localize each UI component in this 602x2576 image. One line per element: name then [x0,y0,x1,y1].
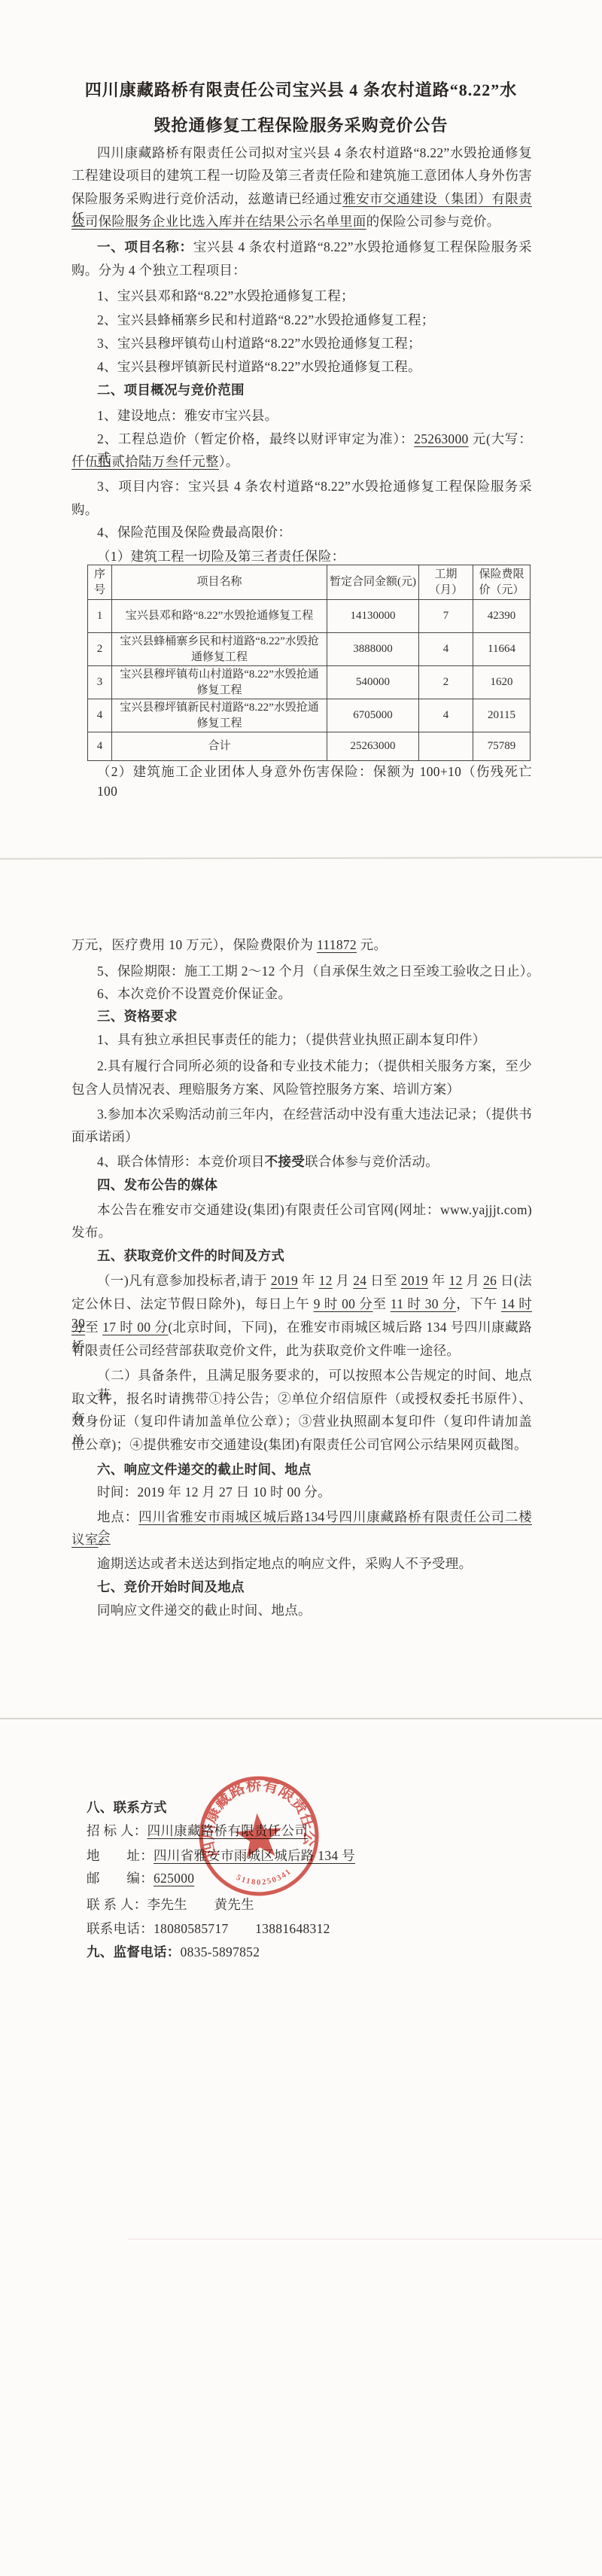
doc-line: 4、宝兴县穆坪镇新民村道路“8.22”水毁抢通修复工程。 [97,357,532,376]
doc-line: 购。 [71,500,532,519]
table-cell-duration: 2 [419,666,473,699]
underlined-text: 11 时 30 分 [391,1296,456,1311]
text: 4、保险范围及保险费最高限价： [97,525,291,540]
table-cell-premium: 11664 [473,633,531,666]
doc-line: （2）建筑施工企业团体人身意外伤害保险：保额为 100+10（伤残死亡 100 [97,762,532,781]
text: 同响应文件递交的截止时间、地点。 [97,1603,312,1618]
text: 3、宝兴县穆坪镇苟山村道路“8.22”水毁抢通修复工程； [97,336,421,351]
doc-line: 2、工程总造价（暂定价格，最终以财评审定为准）：25263000 元(大写：贰 [97,429,532,449]
underlined-text: 2019 [401,1273,428,1288]
text: 工程建设项目的建筑工程一切险及第三者责任险和建筑施工意团体人身外伤害 [71,168,532,183]
table-header-cell: 项目名称 [112,565,327,600]
table-header-cell: 序号 [88,565,112,600]
doc-line: 包含人员情况表、理赔服务方案、风险管控服务方案、培训方案） [71,1079,532,1099]
doc-line: 招 标 人：四川康藏路桥有限责任公司 [87,1821,532,1841]
doc-line: 1、具有独立承担民事责任的能力；（提供营业执照正副本复印件） [97,1030,532,1049]
text: 李先生 黄先生 [147,1897,254,1912]
table-cell-name: 宝兴县蜂桶寨乡民和村道路“8.22”水毁抢通修复工程 [112,633,327,666]
text: 宝兴县 4 条农村道路“8.22”水毁抢通修复工程保险服务采 [193,239,532,254]
doc-line: 2.具有履行合同所必须的设备和专业技术能力；（提供相关服务方案，至少 [97,1056,532,1076]
doc-line: 仟伍佰贰拾陆万叁仟元整）。 [71,452,532,471]
underlined-text: 111872 [317,937,357,952]
bold-text: 八、联系方式 [87,1800,167,1815]
table-cell-duration: 4 [419,633,473,666]
text: 3.参加本次采购活动前三年内，在经营活动中没有重大违法记录；（提供书 [97,1107,532,1122]
text: 。 [99,1532,112,1547]
text: 四川康藏路桥有限责任公司拟对宝兴县 4 条农村道路“8.22”水毁抢通修复 [97,145,532,160]
doc-line: 5、保险期限：施工工期 2～12 个月（自承保生效之日至竣工验收之日止）。 [97,961,532,981]
table-cell-name: 宝兴县邓和路“8.22”水毁抢通修复工程 [112,600,327,633]
text: 年 [298,1273,319,1288]
doc-line: 议室。 [71,1530,532,1549]
doc-line: 地 址：四川省雅安市雨城区城后路 134 号 [87,1846,532,1865]
bold-text: 七、竞价开始时间及地点 [97,1579,245,1594]
text: 面承诺函） [71,1129,138,1144]
text: 6、本次竞价不设置竞价保证金。 [97,986,291,1001]
doc-line: 六、响应文件递交的截止时间、地点 [97,1460,532,1479]
insurance-price-table: 序号项目名称暂定合同金额(元)工期（月）保险费限价（元） 1宝兴县邓和路“8.2… [87,565,531,761]
text: 1、宝兴县邓和路“8.22”水毁抢通修复工程； [97,288,354,303]
text: 地 址： [87,1848,154,1863]
doc-line: 八、联系方式 [87,1798,532,1817]
text: 本公告在雅安市交通建设(集团)有限责任公司官网(网址：www.yajjjt.co… [97,1202,532,1217]
page-break-line-3 [128,2239,602,2240]
underlined-text: 公司保险服务企业比选入库并在结果公示名单里面 [71,214,366,229]
table-total-row: 4合计2526300075789 [88,732,531,761]
doc-line: 1、宝兴县邓和路“8.22”水毁抢通修复工程； [97,286,532,306]
table-cell-premium: 20115 [473,699,531,732]
underlined-text: 9 时 00 分 [314,1296,373,1311]
bold-text: 六、响应文件递交的截止时间、地点 [97,1462,312,1477]
text: 至 [85,1320,102,1335]
text: 元。 [357,937,387,952]
bold-text: 九、监督电话： [87,1944,181,1959]
doc-line: （1）建筑工程一切险及第三者责任保险： [97,547,532,566]
text: 保险服务采购进行竞价活动，兹邀请已经通过 [71,191,342,206]
scanned-announcement-page: 四川康藏路桥有限责任公司宝兴县 4 条农村道路“8.22”水 毁抢通修复工程保险… [0,0,602,2576]
doc-line: 邮 编：625000 [87,1868,532,1888]
text: 3、项目内容：宝兴县 4 条农村道路“8.22”水毁抢通修复工程保险服务采 [97,479,532,494]
doc-line: 定公休日、法定节假日除外)，每日上午 9 时 00 分至 11 时 30 分，下… [71,1294,532,1314]
underlined-text: 2019 [271,1273,298,1288]
doc-line: 4、联合体情形：本竞价项目不接受联合体参与竞价活动。 [97,1152,532,1171]
table-cell-amount: 6705000 [327,699,419,732]
table-cell-no: 3 [88,666,112,699]
underlined-text: 议室 [71,1532,99,1547]
table-cell-amount: 25263000 [327,732,419,761]
underlined-text: 25263000 [414,431,468,446]
doc-line: 一、项目名称：宝兴县 4 条农村道路“8.22”水毁抢通修复工程保险服务采 [97,237,532,257]
underlined-text: 17 时 00 分 [102,1320,168,1335]
text: 2.具有履行合同所必须的设备和专业技术能力；（提供相关服务方案，至少 [97,1058,532,1073]
page-title-line1: 四川康藏路桥有限责任公司宝兴县 4 条农村道路“8.22”水 [0,72,602,108]
text: 2、宝兴县蜂桶寨乡民和村道路“8.22”水毁抢通修复工程； [97,312,435,327]
doc-line: 五、获取竞价文件的时间及方式 [97,1246,532,1265]
text: 万元，医疗费用 10 万元），保险费限价为 [71,937,317,952]
table-cell-duration: 7 [419,600,473,633]
table-row: 1宝兴县邓和路“8.22”水毁抢通修复工程14130000742390 [88,600,531,633]
page-title: 四川康藏路桥有限责任公司宝兴县 4 条农村道路“8.22”水 毁抢通修复工程保险… [0,72,602,143]
table-cell-no: 4 [88,699,112,732]
table-cell-no: 2 [88,633,112,666]
table-cell-amount: 14130000 [327,600,419,633]
bold-text: 二、项目概况与竞价范围 [97,382,245,397]
text: 招 标 人： [87,1823,147,1838]
underlined-text: 仟伍佰贰拾陆万叁仟元整 [71,454,219,469]
page-break-line-1 [0,857,602,860]
doc-line: 效身份证（复印件请加盖单位公章）；③营业执照副本复印件（复印件请加盖单 [71,1411,532,1431]
doc-line: 七、竞价开始时间及地点 [97,1577,532,1597]
doc-line: 购。分为 4 个独立工程项目： [71,260,532,280]
text: 联系电话： [87,1921,154,1936]
text: 至 [373,1296,391,1311]
doc-line: 联系电话：18080585717 13881648312 [87,1919,532,1938]
doc-line: 地点：四川省雅安市雨城区城后路134号四川康藏路桥有限责任公司二楼会 [97,1507,532,1527]
doc-line: （一)凡有意参加投标者,请于 2019 年 12 月 24 日至 2019 年 … [97,1271,532,1290]
doc-line: 同响应文件递交的截止时间、地点。 [97,1600,532,1620]
text: 元(大写： [469,431,532,446]
text: 包含人员情况表、理赔服务方案、风险管控服务方案、培训方案） [71,1082,460,1097]
underlined-text: 24 [353,1273,366,1288]
text: ，下午 [456,1296,501,1311]
doc-line: 时间：2019 年 12 月 27 日 10 时 00 分。 [97,1482,532,1502]
table-row: 2宝兴县蜂桶寨乡民和村道路“8.22”水毁抢通修复工程3888000411664 [88,633,531,666]
table-cell-duration [419,732,473,761]
table-row: 3宝兴县穆坪镇苟山村道路“8.22”水毁抢通修复工程54000021620 [88,666,531,699]
doc-line: 联 系 人：李先生 黄先生 [87,1895,532,1914]
bold-text: 一、项目名称： [97,239,193,254]
table-cell-premium: 1620 [473,666,531,699]
doc-line: 1、建设地点：雅安市宝兴县。 [97,406,532,425]
text: 0835-5897852 [181,1944,260,1959]
underlined-text: 四川康藏路桥有限责任公司 [147,1823,309,1838]
doc-line: 3、项目内容：宝兴县 4 条农村道路“8.22”水毁抢通修复工程保险服务采 [97,477,532,496]
table-cell-name: 宝兴县穆坪镇新民村道路“8.22”水毁抢通修复工程 [112,699,327,732]
table-cell-name: 宝兴县穆坪镇苟山村道路“8.22”水毁抢通修复工程 [112,666,327,699]
text: 定公休日、法定节假日除外)，每日上午 [71,1296,314,1311]
bold-text: 五、获取竞价文件的时间及方式 [97,1248,284,1263]
doc-line: 四川康藏路桥有限责任公司拟对宝兴县 4 条农村道路“8.22”水毁抢通修复 [97,143,532,163]
table-header-cell: 暂定合同金额(元) [327,565,419,600]
text: 联合体参与竞价活动。 [305,1154,439,1169]
text: （2）建筑施工企业团体人身意外伤害保险：保额为 100+10（伤残死亡 100 [97,764,532,799]
text: 联 系 人： [87,1897,147,1912]
text: 购。分为 4 个独立工程项目： [71,263,246,278]
table-cell-name: 合计 [112,732,327,761]
doc-line: 3.参加本次采购活动前三年内，在经营活动中没有重大违法记录；（提供书 [97,1104,532,1124]
text: 1、具有独立承担民事责任的能力；（提供营业执照正副本复印件） [97,1032,486,1047]
underlined-text: 26 [483,1273,497,1288]
doc-line: 6、本次竞价不设置竞价保证金。 [97,984,532,1003]
underlined-text: 12 [319,1273,333,1288]
text: （1）建筑工程一切险及第三者责任保险： [97,549,345,564]
table-cell-duration: 4 [419,699,473,732]
table-cell-amount: 540000 [327,666,419,699]
text: 18080585717 13881648312 [154,1921,330,1936]
text: 日(法 [497,1273,532,1288]
underlined-text: 625000 [154,1871,194,1886]
text: 4、联合体情形：本竞价项目 [97,1154,265,1169]
doc-line: 3、宝兴县穆坪镇苟山村道路“8.22”水毁抢通修复工程； [97,333,532,353]
underlined-text: 分 [71,1320,85,1335]
doc-line: 四、发布公告的媒体 [97,1175,532,1195]
doc-line: 面承诺函） [71,1127,532,1146]
text: 购。 [71,502,99,517]
text: 有限责任公司经营部获取竞价文件，此为获取竞价文件唯一途径。 [71,1343,460,1358]
table-cell-amount: 3888000 [327,633,419,666]
table-cell-premium: 42390 [473,600,531,633]
text: 4、宝兴县穆坪镇新民村道路“8.22”水毁抢通修复工程。 [97,359,421,374]
doc-line: 2、宝兴县蜂桶寨乡民和村道路“8.22”水毁抢通修复工程； [97,310,532,330]
table-cell-no: 1 [88,600,112,633]
doc-line: 九、监督电话：0835-5897852 [87,1942,532,1962]
doc-line: 公司保险服务企业比选入库并在结果公示名单里面的保险公司参与竞价。 [71,212,532,231]
text: 1、建设地点：雅安市宝兴县。 [97,408,278,423]
page-break-line-2 [0,1718,602,1719]
text: ）。 [219,454,239,469]
text: 月 [463,1273,484,1288]
doc-line: 万元，医疗费用 10 万元），保险费限价为 111872 元。 [71,935,532,955]
text: 时间：2019 年 12 月 27 日 10 时 00 分。 [97,1484,331,1500]
bold-text: 不接受 [265,1154,305,1169]
doc-line: 分至 17 时 00 分(北京时间，下同)，在雅安市雨城区城后路 134 号四川… [71,1317,532,1337]
doc-line: 保险服务采购进行竞价活动，兹邀请已经通过雅安市交通建设（集团）有限责任 [71,189,532,209]
table-header-row: 序号项目名称暂定合同金额(元)工期（月）保险费限价（元） [88,565,531,600]
text: 5、保险期限：施工工期 2～12 个月（自承保生效之日至竣工验收之日止）。 [97,964,540,979]
text: 逾期送达或者未送达到指定地点的响应文件，采购人不予受理。 [97,1556,472,1571]
doc-line: 有限责任公司经营部获取竞价文件，此为获取竞价文件唯一途径。 [71,1341,532,1360]
bold-text: 四、发布公告的媒体 [97,1177,217,1192]
page-title-line2: 毁抢通修复工程保险服务采购竞价公告 [0,108,602,143]
bold-text: 三、资格要求 [97,1009,178,1024]
underlined-text: 四川省雅安市雨城区城后路 134 号 [154,1848,355,1863]
table-cell-no: 4 [88,732,112,761]
text: 2、工程总造价（暂定价格，最终以财评审定为准）： [97,431,414,446]
table-row: 4宝兴县穆坪镇新民村道路“8.22”水毁抢通修复工程6705000420115 [88,699,531,732]
text: 位公章)；④提供雅安市交通建设(集团)有限责任公司官网公示结果网页截图。 [71,1437,528,1452]
table-header-cell: 工期（月） [419,565,473,600]
text: 发布。 [71,1225,111,1240]
doc-line: 二、项目概况与竞价范围 [97,380,532,400]
doc-line: 4、保险范围及保险费最高限价： [97,522,532,542]
text: 月 [333,1273,354,1288]
doc-line: 本公告在雅安市交通建设(集团)有限责任公司官网(网址：www.yajjjt.co… [97,1200,532,1219]
doc-line: （二）具备条件，且满足服务要求的，可以按照本公告规定的时间、地点获 [97,1366,532,1385]
doc-line: 三、资格要求 [97,1006,532,1026]
doc-line: 取文件，报名时请携带①持公告；②单位介绍信原件（或授权委托书原件）、有 [71,1389,532,1408]
doc-line: 逾期送达或者未送达到指定地点的响应文件，采购人不予受理。 [97,1554,532,1573]
doc-line: 发布。 [71,1223,532,1242]
text: 邮 编： [87,1871,154,1886]
underlined-text: 12 [449,1273,463,1288]
text: （一)凡有意参加投标者,请于 [97,1273,271,1288]
table-cell-premium: 75789 [473,732,531,761]
text: 地点： [97,1509,138,1524]
text: 年 [428,1273,449,1288]
doc-line: 位公章)；④提供雅安市交通建设(集团)有限责任公司官网公示结果网页截图。 [71,1435,532,1454]
doc-line: 工程建设项目的建筑工程一切险及第三者责任险和建筑施工意团体人身外伤害 [71,166,532,185]
text: 日至 [366,1273,400,1288]
table-header-cell: 保险费限价（元） [473,565,531,600]
text: 的保险公司参与竞价。 [366,214,500,229]
